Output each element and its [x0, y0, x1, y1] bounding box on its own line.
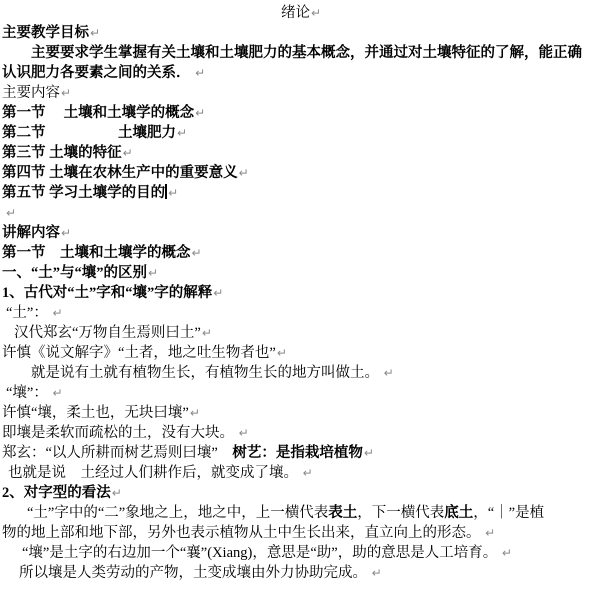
text-line[interactable]: 许慎《说文解字》“土者，地之吐生物者也”↵ [2, 343, 600, 363]
paragraph-mark-icon: ↵ [485, 526, 495, 540]
text-segment: 第一节 土壤和土壤学的概念 [2, 245, 191, 261]
text-line[interactable]: 主要教学目标↵ [2, 23, 600, 43]
text-segment: 第三节 土壤的特征 [2, 145, 122, 161]
text-line[interactable]: 第三节 土壤的特征↵ [2, 143, 600, 163]
text-cursor [165, 184, 167, 199]
paragraph-mark-icon: ↵ [177, 126, 187, 140]
text-segment: “土”字中的“二”象地之上，地之中，上一横代表 [27, 505, 328, 521]
document-page[interactable]: 绪论↵主要教学目标↵主要要求学生掌握有关土壤和土壤肥力的基本概念，并通过对土壤特… [0, 0, 600, 601]
paragraph-mark-icon: ↵ [61, 86, 71, 100]
text-segment: 第四节 土壤在农林生产中的重要意义 [2, 165, 238, 181]
text-segment: 许慎“壤，柔土也，无块曰壤” [2, 405, 189, 421]
text-segment: 第二节 土壤肥力 [2, 125, 176, 141]
text-segment: 1、古代对“土”字和“壤”字的解释 [2, 285, 212, 301]
paragraph-mark-icon: ↵ [148, 266, 158, 280]
paragraph-mark-icon: ↵ [502, 546, 512, 560]
text-line[interactable]: 第一节 土壤和土壤学的概念↵ [2, 103, 600, 123]
text-line[interactable]: ↵ [2, 203, 600, 223]
text-line[interactable]: 也就是说 土经过人们耕作后，就变成了壤。 ↵ [2, 463, 600, 483]
paragraph-mark-icon: ↵ [195, 106, 205, 120]
text-segment: ，下一横代表 [357, 505, 444, 521]
paragraph-mark-icon: ↵ [303, 466, 313, 480]
text-line[interactable]: 第五节 学习土壤学的目的↵ [2, 183, 600, 203]
paragraph-mark-icon: ↵ [384, 366, 394, 380]
text-segment: 认识肥力各要素之间的关系． [2, 65, 194, 81]
text-line[interactable]: “壤”是土字的右边加一个“襄”(Xiang)，意思是“助”，助的意思是人工培育。… [2, 543, 600, 563]
text-segment: 许慎《说文解字》“土者，地之吐生物者也” [2, 345, 276, 361]
text-line[interactable]: 汉代郑玄“万物自生焉则曰土”↵ [2, 323, 600, 343]
text-line[interactable]: 讲解内容↵ [2, 223, 600, 243]
text-line[interactable]: 绪论↵ [2, 3, 600, 23]
text-line[interactable]: “土”字中的“二”象地之上，地之中，上一横代表表土，下一横代表底土，“｜”是植 [2, 503, 600, 523]
paragraph-mark-icon: ↵ [168, 186, 178, 200]
text-line[interactable]: 主要内容↵ [2, 83, 600, 103]
text-segment: “土”： [6, 305, 52, 321]
paragraph-mark-icon: ↵ [123, 146, 133, 160]
document-body[interactable]: 绪论↵主要教学目标↵主要要求学生掌握有关土壤和土壤肥力的基本概念，并通过对土壤特… [2, 3, 600, 583]
text-segment: 物的地上部和地下部，另外也表示植物从土中生长出来，直立向上的形态。 [2, 525, 484, 541]
text-line[interactable]: 一、“土”与“壤”的区别↵ [2, 263, 600, 283]
text-segment: 讲解内容 [2, 225, 60, 241]
paragraph-mark-icon: ↵ [112, 486, 122, 500]
paragraph-mark-icon: ↵ [53, 306, 63, 320]
text-line[interactable]: 第一节 土壤和土壤学的概念↵ [2, 243, 600, 263]
text-segment: 汉代郑玄“万物自生焉则曰土” [14, 325, 201, 341]
text-line[interactable]: 认识肥力各要素之间的关系． ↵ [2, 63, 600, 83]
text-line[interactable]: 郑玄：“以人所耕而树艺焉则曰壤” 树艺：是指栽培植物↵ [2, 443, 600, 463]
text-segment: 一、“土”与“壤”的区别 [2, 265, 147, 281]
text-segment: 主要内容 [2, 85, 60, 101]
text-line[interactable]: 第二节 土壤肥力↵ [2, 123, 600, 143]
text-segment: 底土 [444, 505, 473, 521]
text-line[interactable]: “土”： ↵ [2, 303, 600, 323]
text-line[interactable]: 第四节 土壤在农林生产中的重要意义↵ [2, 163, 600, 183]
text-segment: “壤”是土字的右边加一个“襄”(Xiang)，意思是“助”，助的意思是人工培育。 [22, 545, 501, 561]
text-segment: 就是说有土就有植物生长，有植物生长的地方叫做土。 [31, 365, 383, 381]
paragraph-mark-icon: ↵ [213, 286, 223, 300]
text-line[interactable]: “壤”： ↵ [2, 383, 600, 403]
paragraph-mark-icon: ↵ [90, 26, 100, 40]
text-segment: 第五节 学习土壤学的目的 [2, 185, 165, 201]
paragraph-mark-icon: ↵ [364, 446, 374, 460]
paragraph-mark-icon: ↵ [239, 166, 249, 180]
paragraph-mark-icon: ↵ [311, 6, 321, 20]
text-segment: 也就是说 土经过人们耕作后，就变成了壤。 [8, 465, 302, 481]
text-line[interactable]: 就是说有土就有植物生长，有植物生长的地方叫做土。 ↵ [2, 363, 600, 383]
paragraph-mark-icon: ↵ [6, 206, 16, 220]
paragraph-mark-icon: ↵ [190, 406, 200, 420]
text-segment: 郑玄：“以人所耕而树艺焉则曰壤” [2, 445, 232, 461]
text-line[interactable]: 即壤是柔软而疏松的土，没有大块。 ↵ [2, 423, 600, 443]
text-segment: 2、对字型的看法 [2, 485, 111, 501]
text-line[interactable]: 许慎“壤，柔土也，无块曰壤”↵ [2, 403, 600, 423]
text-line[interactable]: 物的地上部和地下部，另外也表示植物从土中生长出来，直立向上的形态。 ↵ [2, 523, 600, 543]
text-line[interactable]: 主要要求学生掌握有关土壤和土壤肥力的基本概念，并通过对土壤特征的了解，能正确 [2, 43, 600, 63]
text-segment: 即壤是柔软而疏松的土，没有大块。 [2, 425, 238, 441]
text-line[interactable]: 所以壤是人类劳动的产物，土变成壤由外力协助完成。 ↵ [2, 563, 600, 583]
text-segment: 树艺：是指栽培植物 [232, 445, 363, 461]
paragraph-mark-icon: ↵ [192, 246, 202, 260]
paragraph-mark-icon: ↵ [53, 386, 63, 400]
text-segment: 主要要求学生掌握有关土壤和土壤肥力的基本概念，并通过对土壤特征的了解，能正确 [31, 45, 582, 61]
paragraph-mark-icon: ↵ [239, 426, 249, 440]
text-line[interactable]: 1、古代对“土”字和“壤”字的解释↵ [2, 283, 600, 303]
text-segment: 第一节 土壤和土壤学的概念 [2, 105, 194, 121]
text-segment: 表土 [328, 505, 357, 521]
paragraph-mark-icon: ↵ [195, 66, 205, 80]
text-segment: ，“｜”是植 [473, 505, 544, 521]
text-segment: “壤”： [6, 385, 52, 401]
text-segment: 绪论 [281, 5, 310, 21]
paragraph-mark-icon: ↵ [372, 566, 382, 580]
text-segment: 所以壤是人类劳动的产物，土变成壤由外力协助完成。 [19, 565, 371, 581]
text-line[interactable]: 2、对字型的看法↵ [2, 483, 600, 503]
paragraph-mark-icon: ↵ [61, 226, 71, 240]
paragraph-mark-icon: ↵ [277, 346, 287, 360]
text-segment: 主要教学目标 [2, 25, 89, 41]
paragraph-mark-icon: ↵ [202, 326, 212, 340]
